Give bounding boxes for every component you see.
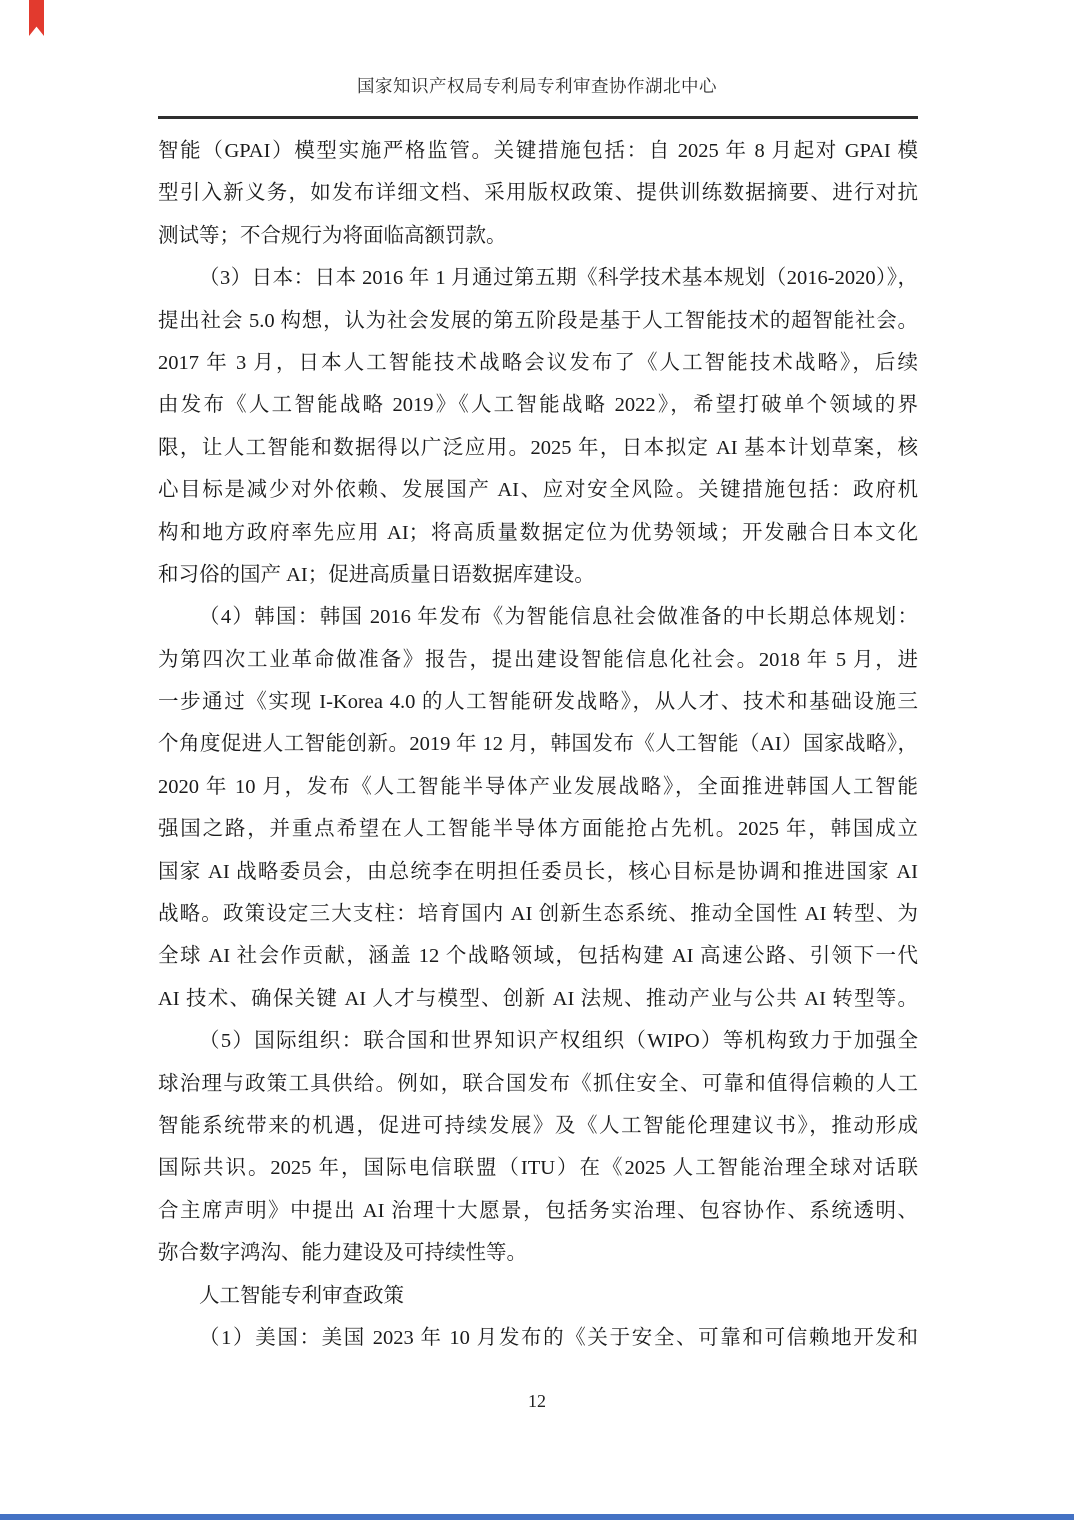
text-line: 2020 年 10 月，发布《人工智能半导体产业发展战略》，全面推进韩国人工智能 xyxy=(158,766,918,808)
text-line: 测试等；不合规行为将面临高额罚款。 xyxy=(158,215,918,257)
text-line: （1）美国：美国 2023 年 10 月发布的《关于安全、可靠和可信赖地开发和 xyxy=(158,1317,918,1359)
text-line: 提出社会 5.0 构想，认为社会发展的第五阶段是基于人工智能技术的超智能社会。 xyxy=(158,300,918,342)
text-line: 智能系统带来的机遇，促进可持续发展》及《人工智能伦理建议书》，推动形成 xyxy=(158,1105,918,1147)
text-line: 个角度促进人工智能创新。2019 年 12 月，韩国发布《人工智能（AI）国家战… xyxy=(158,723,918,765)
text-line: 心目标是减少对外依赖、发展国产 AI、应对安全风险。关键措施包括：政府机 xyxy=(158,469,918,511)
text-line: 和习俗的国产 AI；促进高质量日语数据库建设。 xyxy=(158,554,918,596)
text-line: 限，让人工智能和数据得以广泛应用。2025 年，日本拟定 AI 基本计划草案，核 xyxy=(158,427,918,469)
text-line: 由发布《人工智能战略 2019》《人工智能战略 2022》，希望打破单个领域的界 xyxy=(158,384,918,426)
text-line: 国家 AI 战略委员会，由总统李在明担任委员长，核心目标是协调和推进国家 AI xyxy=(158,851,918,893)
text-line: 弥合数字鸿沟、能力建设及可持续性等。 xyxy=(158,1232,918,1274)
text-line: 构和地方政府率先应用 AI；将高质量数据定位为优势领域；开发融合日本文化 xyxy=(158,512,918,554)
bottom-accent-bar xyxy=(0,1514,1074,1520)
text-line: 战略。政策设定三大支柱：培育国内 AI 创新生态系统、推动全国性 AI 转型、为 xyxy=(158,893,918,935)
text-line: 为第四次工业革命做准备》报告，提出建设智能信息化社会。2018 年 5 月，进 xyxy=(158,639,918,681)
text-line: 型引入新义务，如发布详细文档、采用版权政策、提供训练数据摘要、进行对抗 xyxy=(158,172,918,214)
text-line: 球治理与政策工具供给。例如，联合国发布《抓住安全、可靠和值得信赖的人工 xyxy=(158,1063,918,1105)
text-line: 全球 AI 社会作贡献，涵盖 12 个战略领域，包括构建 AI 高速公路、引领下… xyxy=(158,935,918,977)
text-line: 2017 年 3 月，日本人工智能技术战略会议发布了《人工智能技术战略》，后续 xyxy=(158,342,918,384)
bookmark-ribbon-icon xyxy=(29,0,44,36)
text-line: （5）国际组织：联合国和世界知识产权组织（WIPO）等机构致力于加强全 xyxy=(158,1020,918,1062)
text-line: 智能（GPAI）模型实施严格监管。关键措施包括：自 2025 年 8 月起对 G… xyxy=(158,130,918,172)
text-line: 强国之路，并重点希望在人工智能半导体方面能抢占先机。2025 年，韩国成立 xyxy=(158,808,918,850)
text-line: 人工智能专利审查政策 xyxy=(158,1275,918,1317)
text-line: 一步通过《实现 I-Korea 4.0 的人工智能研发战略》，从人才、技术和基础… xyxy=(158,681,918,723)
header-rule xyxy=(158,116,918,119)
document-page: 国家知识产权局专利局专利审查协作湖北中心 智能（GPAI）模型实施严格监管。关键… xyxy=(0,0,1074,1520)
text-line: 国际共识。2025 年，国际电信联盟（ITU）在《2025 人工智能治理全球对话… xyxy=(158,1147,918,1189)
text-line: 合主席声明》中提出 AI 治理十大愿景，包括务实治理、包容协作、系统透明、 xyxy=(158,1190,918,1232)
page-number: 12 xyxy=(0,1388,1074,1414)
text-line: （3）日本：日本 2016 年 1 月通过第五期《科学技术基本规划（2016-2… xyxy=(158,257,918,299)
page-header-title: 国家知识产权局专利局专利审查协作湖北中心 xyxy=(0,74,1074,98)
text-line: （4）韩国：韩国 2016 年发布《为智能信息社会做准备的中长期总体规划： xyxy=(158,596,918,638)
text-line: AI 技术、确保关键 AI 人才与模型、创新 AI 法规、推动产业与公共 AI … xyxy=(158,978,918,1020)
document-body: 智能（GPAI）模型实施严格监管。关键措施包括：自 2025 年 8 月起对 G… xyxy=(158,130,918,1359)
